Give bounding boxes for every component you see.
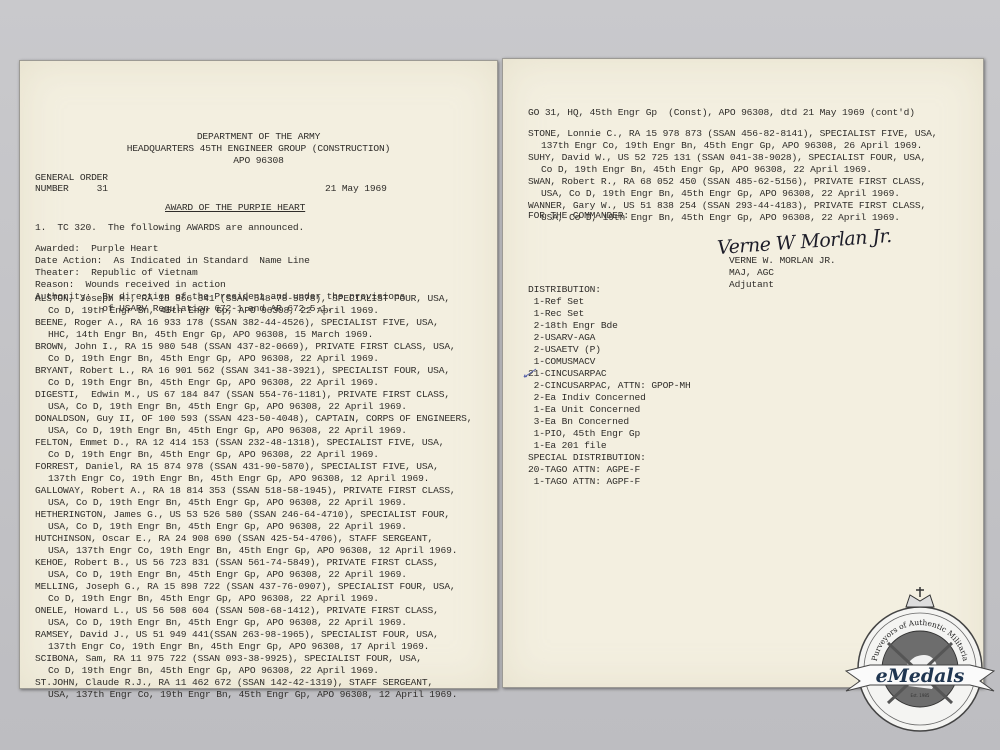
order-paragraph: 1. TC 320. The following AWARDS are anno… — [35, 222, 304, 234]
general-order-number: NUMBER 31 — [35, 183, 108, 195]
awardee-entry: SCIBONA, Sam, RA 11 975 722 (SSAN 093-38… — [35, 653, 472, 677]
special-distribution-item: 1-TAGO ATTN: AGPF-F — [528, 476, 640, 488]
awardee-line: MELLING, Joseph G., RA 15 898 722 (SSAN … — [35, 581, 472, 593]
awardee-line: ONELE, Howard L., US 56 508 604 (SSAN 50… — [35, 605, 472, 617]
awardee-entry: FELTON, Emmet D., RA 12 414 153 (SSAN 23… — [35, 437, 472, 461]
awardee-entry: SUHY, David W., US 52 725 131 (SSAN 041-… — [528, 152, 937, 176]
special-distribution-title: SPECIAL DISTRIBUTION: — [528, 452, 646, 464]
distribution-item: 1-Ea Unit Concerned — [528, 404, 691, 416]
awardee-unit-line: HHC, 14th Engr Bn, 45th Engr Gp, APO 963… — [35, 329, 472, 341]
awardee-line: BRYANT, Robert L., RA 16 901 562 (SSAN 3… — [35, 365, 472, 377]
award-detail-line: Date Action: As Indicated in Standard Na… — [35, 255, 405, 267]
awardee-line: ALSTON, Joseph M., RA 18 866 841 (SSAN 5… — [35, 293, 472, 305]
awardee-unit-line: USA, Co D, 19th Engr Bn, 45th Engr Gp, A… — [528, 188, 937, 200]
awardee-list: ALSTON, Joseph M., RA 18 866 841 (SSAN 5… — [35, 293, 472, 701]
awardee-entry: DIGESTI, Edwin M., US 67 184 847 (SSAN 5… — [35, 389, 472, 413]
awardee-entry: BEENE, Roger A., RA 16 933 178 (SSAN 382… — [35, 317, 472, 341]
awardee-line: BROWN, John I., RA 15 980 548 (SSAN 437-… — [35, 341, 472, 353]
awardee-entry: ST.JOHN, Claude R.J., RA 11 462 672 (SSA… — [35, 677, 472, 701]
awardee-entry: RAMSEY, David J., US 51 949 441(SSAN 263… — [35, 629, 472, 653]
awardee-unit-line: USA, Co D, 19th Engr Bn, 45th Engr Gp, A… — [35, 425, 472, 437]
logo-brand-text: eMedals — [876, 665, 965, 687]
award-detail-line: Reason: Wounds received in action — [35, 279, 405, 291]
award-detail-line: Theater: Republic of Vietnam — [35, 267, 405, 279]
signature-rank: MAJ, AGC — [729, 267, 774, 279]
awardee-unit-line: USA, 137th Engr Co, 19th Engr Bn, 45th E… — [35, 545, 472, 557]
awardee-line: KEHOE, Robert B., US 56 723 831 (SSAN 56… — [35, 557, 472, 569]
awardee-unit-line: USA, Co D, 19th Engr Bn, 45th Engr Gp, A… — [35, 497, 472, 509]
awardee-entry: GALLOWAY, Robert A., RA 18 814 353 (SSAN… — [35, 485, 472, 509]
awardee-entry: HUTCHINSON, Oscar E., RA 24 908 690 (SSA… — [35, 533, 472, 557]
distribution-item: 2-USAETV (P) — [528, 344, 691, 356]
distribution-item: 1-Ref Set — [528, 296, 691, 308]
awardee-line: HUTCHINSON, Oscar E., RA 24 908 690 (SSA… — [35, 533, 472, 545]
distribution-list: 1-Ref Set 1-Rec Set 2-18th Engr Bde 2-US… — [528, 296, 691, 452]
distribution-item: 2-Ea Indiv Concerned — [528, 392, 691, 404]
awardee-entry: ALSTON, Joseph M., RA 18 866 841 (SSAN 5… — [35, 293, 472, 317]
awardee-entry: BRYANT, Robert L., RA 16 901 562 (SSAN 3… — [35, 365, 472, 389]
order-title: AWARD OF THE PURPIE HEART — [165, 202, 305, 214]
awardee-line: DONALDSON, Guy II, OF 100 593 (SSAN 423-… — [35, 413, 472, 425]
distribution-title: DISTRIBUTION: — [528, 284, 601, 296]
header-line-3: APO 96308 — [20, 155, 497, 167]
awardee-line: SUHY, David W., US 52 725 131 (SSAN 041-… — [528, 152, 937, 164]
distribution-item: 2-CINCUSARPAC, ATTN: GPOP-MH — [528, 380, 691, 392]
awardee-line: BEENE, Roger A., RA 16 933 178 (SSAN 382… — [35, 317, 472, 329]
awardee-line: SCIBONA, Sam, RA 11 975 722 (SSAN 093-38… — [35, 653, 472, 665]
awardee-entry: DONALDSON, Guy II, OF 100 593 (SSAN 423-… — [35, 413, 472, 437]
awardee-unit-line: 137th Engr Co, 19th Engr Bn, 45th Engr G… — [528, 140, 937, 152]
distribution-item: 2-USARV-AGA — [528, 332, 691, 344]
awardee-unit-line: Co D, 19th Engr Bn, 45th Engr Gp, APO 96… — [35, 305, 472, 317]
awardee-entry: BROWN, John I., RA 15 980 548 (SSAN 437-… — [35, 341, 472, 365]
header-line-2: HEADQUARTERS 45TH ENGINEER GROUP (CONSTR… — [20, 143, 497, 155]
awardee-unit-line: Co D, 19th Engr Bn, 45th Engr Gp, APO 96… — [35, 665, 472, 677]
document-page-left: DEPARTMENT OF THE ARMY HEADQUARTERS 45TH… — [19, 60, 498, 689]
awardee-entry: SWAN, Robert R., RA 68 052 450 (SSAN 485… — [528, 176, 937, 200]
signature-title: Adjutant — [729, 279, 774, 291]
awardee-unit-line: Co D, 19th Engr Bn, 45th Engr Gp, APO 96… — [528, 164, 937, 176]
awardee-unit-line: 137th Engr Co, 19th Engr Bn, 45th Engr G… — [35, 641, 472, 653]
continuation-header: GO 31, HQ, 45th Engr Gp (Const), APO 963… — [528, 107, 915, 119]
awardee-unit-line: USA, Co D, 19th Engr Bn, 45th Engr Gp, A… — [35, 521, 472, 533]
awardee-unit-line: USA, Co D, 19th Engr Bn, 45th Engr Gp, A… — [35, 617, 472, 629]
signature-name: VERNE W. MORLAN JR. — [729, 255, 836, 267]
awardee-unit-line: 137th Engr Co, 19th Engr Bn, 45th Engr G… — [35, 473, 472, 485]
awardee-line: DIGESTI, Edwin M., US 67 184 847 (SSAN 5… — [35, 389, 472, 401]
special-distribution-item: 20-TAGO ATTN: AGPE-F — [528, 464, 640, 476]
signature: Verne W Morlan Jr. — [716, 225, 892, 259]
awardee-line: GALLOWAY, Robert A., RA 18 814 353 (SSAN… — [35, 485, 472, 497]
header-line-1: DEPARTMENT OF THE ARMY — [20, 131, 497, 143]
awardee-unit-line: USA, 137th Engr Co, 19th Engr Bn, 45th E… — [35, 689, 472, 701]
distribution-item: 1-PIO, 45th Engr Gp — [528, 428, 691, 440]
awardee-line: ST.JOHN, Claude R.J., RA 11 462 672 (SSA… — [35, 677, 472, 689]
awardee-unit-line: Co D, 19th Engr Bn, 45th Engr Gp, APO 96… — [35, 377, 472, 389]
distribution-item: 2-18th Engr Bde — [528, 320, 691, 332]
awardee-entry: HETHERINGTON, James G., US 53 526 580 (S… — [35, 509, 472, 533]
order-date: 21 May 1969 — [325, 183, 387, 195]
awardee-line: STONE, Lonnie C., RA 15 978 873 (SSAN 45… — [528, 128, 937, 140]
awardee-unit-line: Co D, 19th Engr Bn, 45th Engr Gp, APO 96… — [35, 449, 472, 461]
svg-text:Est. 1985: Est. 1985 — [911, 693, 930, 698]
awardee-line: RAMSEY, David J., US 51 949 441(SSAN 263… — [35, 629, 472, 641]
awardee-unit-line: USA, Co D, 19th Engr Bn, 45th Engr Gp, A… — [35, 569, 472, 581]
awardee-entry: KEHOE, Robert B., US 56 723 831 (SSAN 56… — [35, 557, 472, 581]
emedals-logo: eMedals Est. 1985 Purveyors of Authentic… — [840, 585, 1000, 745]
for-the-commander: FOR THE COMMANDER: — [528, 210, 629, 222]
distribution-item: 1-Ea 201 file — [528, 440, 691, 452]
awardee-unit-line: USA, Co D, 19th Engr Bn, 45th Engr Gp, A… — [35, 401, 472, 413]
distribution-item: 1-COMUSMACV — [528, 356, 691, 368]
awardee-line: SWAN, Robert R., RA 68 052 450 (SSAN 485… — [528, 176, 937, 188]
awardee-entry: STONE, Lonnie C., RA 15 978 873 (SSAN 45… — [528, 128, 937, 152]
awardee-line: FELTON, Emmet D., RA 12 414 153 (SSAN 23… — [35, 437, 472, 449]
special-distribution-list: 20-TAGO ATTN: AGPE-F 1-TAGO ATTN: AGPF-F — [528, 464, 640, 488]
awardee-entry: MELLING, Joseph G., RA 15 898 722 (SSAN … — [35, 581, 472, 605]
awardee-line: FORREST, Daniel, RA 15 874 978 (SSAN 431… — [35, 461, 472, 473]
distribution-item: 1-Rec Set — [528, 308, 691, 320]
distribution-item: 3-Ea Bn Concerned — [528, 416, 691, 428]
checkmark-annotation-icon — [523, 368, 537, 378]
distribution-item: 21-CINCUSARPAC — [528, 368, 691, 380]
award-detail-line: Awarded: Purple Heart — [35, 243, 405, 255]
awardee-entry: FORREST, Daniel, RA 15 874 978 (SSAN 431… — [35, 461, 472, 485]
awardee-line: HETHERINGTON, James G., US 53 526 580 (S… — [35, 509, 472, 521]
awardee-unit-line: Co D, 19th Engr Bn, 45th Engr Gp, APO 96… — [35, 353, 472, 365]
awardee-unit-line: Co D, 19th Engr Bn, 45th Engr Gp, APO 96… — [35, 593, 472, 605]
awardee-entry: ONELE, Howard L., US 56 508 604 (SSAN 50… — [35, 605, 472, 629]
